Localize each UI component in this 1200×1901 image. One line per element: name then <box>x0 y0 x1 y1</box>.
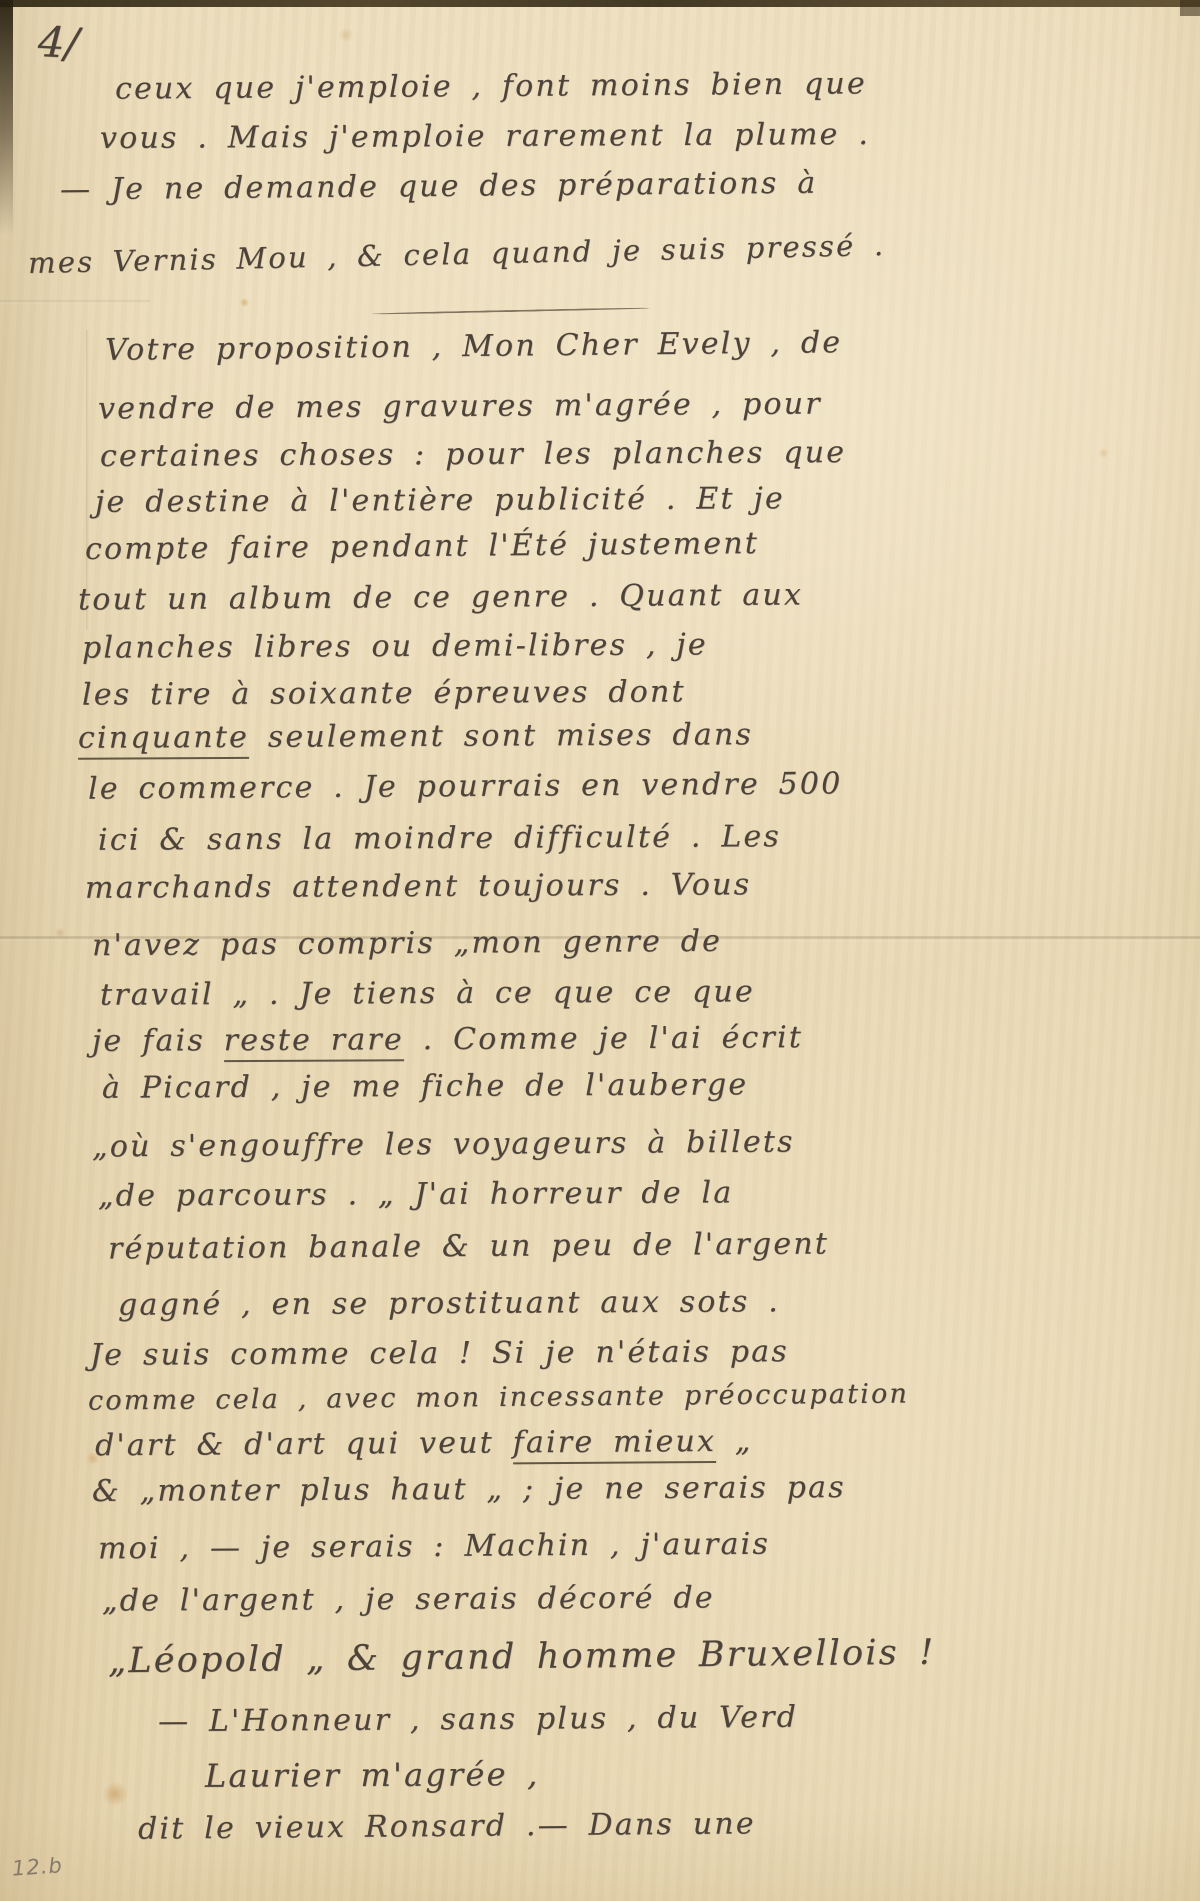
archive-number-pencil: 12.b <box>11 1853 63 1880</box>
handwritten-line: n'avez pas compris „mon genre de <box>92 924 722 963</box>
handwritten-line: compte faire pendant l'Été justement <box>85 526 759 567</box>
handwritten-line: — Je ne demande que des préparations à <box>60 166 818 208</box>
page-number: 4/ <box>37 17 80 68</box>
handwritten-line: marchands attendent toujours . Vous <box>85 867 751 905</box>
handwritten-line: gagné , en se prostituant aux sots . <box>118 1284 780 1322</box>
handwritten-line: „de parcours . „ J'ai horreur de la <box>98 1175 734 1213</box>
handwritten-line: — L'Honneur , sans plus , du Verd <box>158 1700 798 1739</box>
handwritten-line: dit le vieux Ronsard .— Dans une <box>138 1806 756 1846</box>
handwritten-line: Laurier m'agrée , <box>205 1755 540 1795</box>
handwritten-line: tout un album de ce genre . Quant aux <box>78 577 803 617</box>
handwritten-line: Je suis comme cela ! Si je n'étais pas <box>90 1334 789 1373</box>
handwritten-line: les tire à soixante épreuves dont <box>82 674 686 712</box>
handwritten-line: ceux que j'emploie , font moins bien que <box>115 66 867 106</box>
handwritten-line: d'art & d'art qui veut faire mieux „ <box>95 1424 753 1464</box>
handwritten-line: certaines choses : pour les planches que <box>100 435 846 474</box>
handwritten-line: „de l'argent , je serais décoré de <box>102 1580 715 1618</box>
handwritten-line: le commerce . Je pourrais en vendre 500 <box>88 766 843 806</box>
handwritten-line: „où s'engouffre les voyageurs à billets <box>92 1125 795 1165</box>
handwritten-line: à Picard , je me fiche de l'auberge <box>102 1067 748 1105</box>
underlined-phrase: faire mieux <box>513 1424 717 1464</box>
handwritten-line: je destine à l'entière publicité . Et je <box>95 481 785 520</box>
handwritten-line: ici & sans la moindre difficulté . Les <box>98 819 781 858</box>
handwritten-line: travail „ . Je tiens à ce que ce que <box>100 974 755 1012</box>
handwritten-line: vendre de mes gravures m'agrée , pour <box>98 386 822 426</box>
underlined-phrase: reste rare <box>224 1022 404 1062</box>
handwritten-line: je fais reste rare . Comme je l'ai écrit <box>92 1020 803 1059</box>
handwritten-line: planches libres ou demi-libres , je <box>82 627 708 665</box>
handwritten-line: réputation banale & un peu de l'argent <box>108 1226 829 1266</box>
handwritten-line: cinquante seulement sont mises dans <box>78 717 753 756</box>
underlined-phrase: cinquante <box>78 720 249 760</box>
handwritten-line: moi , — je serais : Machin , j'aurais <box>98 1527 770 1567</box>
handwritten-line: & „monter plus haut „ ; je ne serais pas <box>92 1470 846 1509</box>
handwritten-line: vous . Mais j'emploie rarement la plume … <box>100 117 870 156</box>
